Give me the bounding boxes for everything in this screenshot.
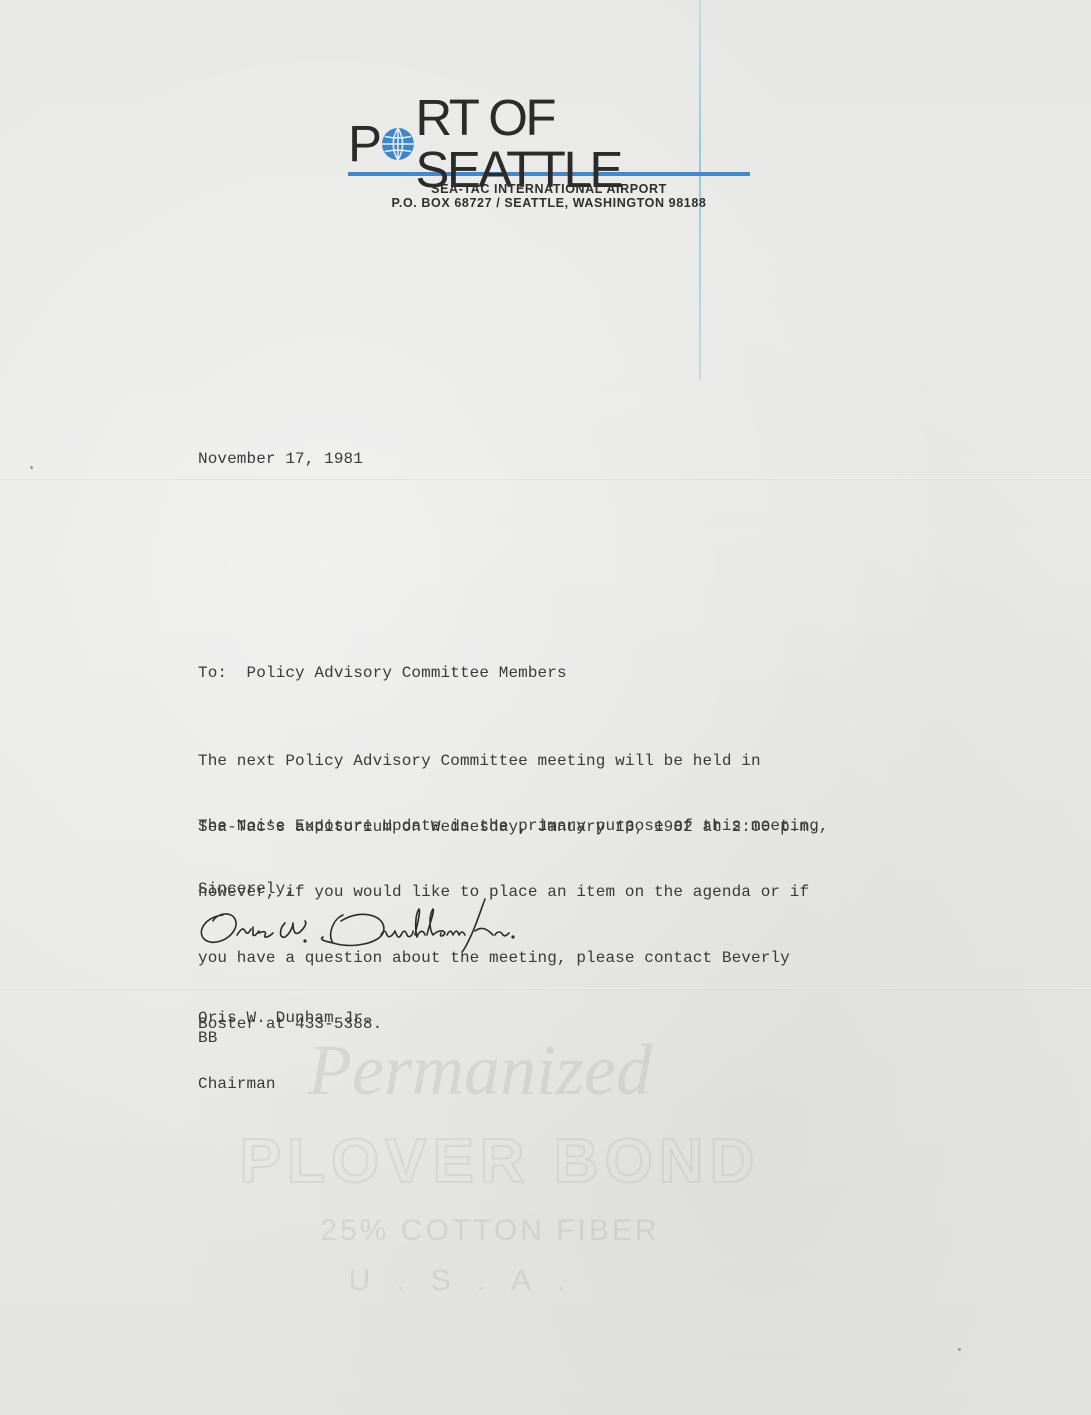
logo-letter: P: [348, 118, 380, 170]
signer-title: Chairman: [198, 1073, 373, 1095]
letterhead: P RT OF SEATTLE SEA-TAC INTERNATIONAL AI…: [348, 118, 750, 210]
typist-initials: BB: [198, 1027, 217, 1049]
watermark-line: PLOVER BOND: [100, 1122, 900, 1202]
letterhead-address: P.O. BOX 68727 / SEATTLE, WASHINGTON 981…: [348, 196, 750, 210]
paper-speck: [958, 1348, 961, 1351]
signer-block: Oris W. Dunham Jr. Chairman: [198, 963, 373, 1117]
watermark-line: 25% COTTON FIBER: [80, 1214, 900, 1248]
paper-fold-line: [0, 478, 1091, 480]
letter-date: November 17, 1981: [198, 448, 363, 470]
handwritten-signature: Oris W. Dunham Jr.: [193, 895, 533, 957]
logo-wordmark: RT OF SEATTLE: [415, 92, 750, 196]
paragraph-line: The Noise Exposure Update is the primary…: [198, 815, 829, 837]
signer-name: Oris W. Dunham Jr.: [198, 1007, 373, 1029]
globe-icon: [381, 126, 415, 162]
port-of-seattle-logo: P RT OF SEATTLE: [348, 118, 750, 170]
paper-speck: [30, 466, 33, 469]
watermark-line: U.S.A.: [40, 1264, 900, 1298]
recipient-line: To: Policy Advisory Committee Members: [198, 662, 567, 684]
paragraph-line: The next Policy Advisory Committee meeti…: [198, 750, 819, 772]
